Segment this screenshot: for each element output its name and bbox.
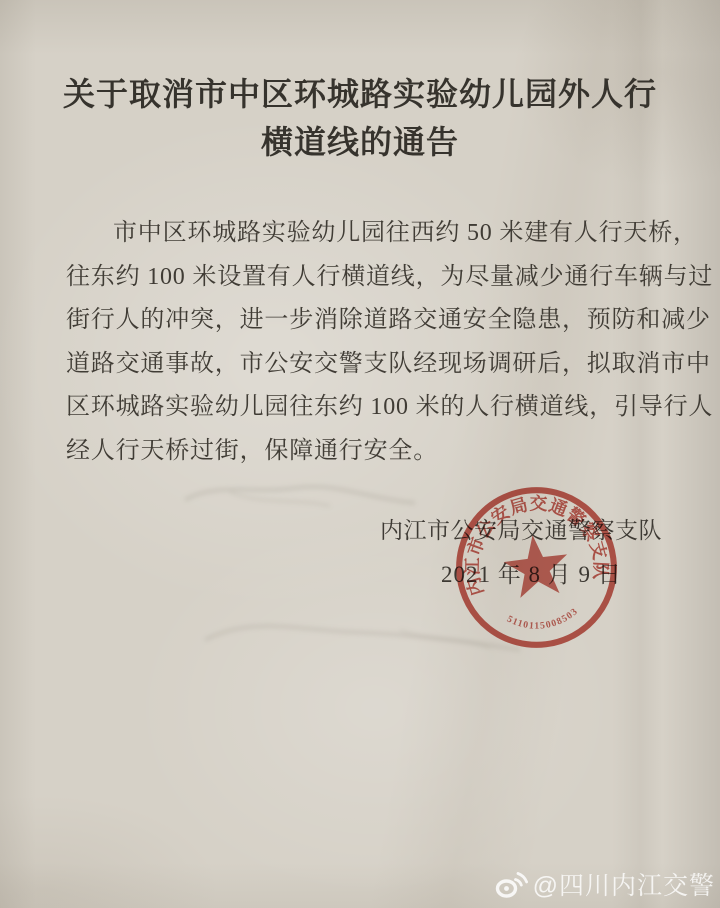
body-line: 道路交通事故，市公安交警支队经现场调研后，拟取消市中 xyxy=(66,343,672,387)
notice-document-photo: 关于取消市中区环城路实验幼儿园外人行 横道线的通告 市中区环城路实验幼儿园往西约… xyxy=(0,0,720,908)
notice-title-line-2: 横道线的通告 xyxy=(0,118,720,166)
notice-title-line-1: 关于取消市中区环城路实验幼儿园外人行 xyxy=(0,70,720,118)
notice-body: 市中区环城路实验幼儿园往西约 50 米建有人行天桥， 往东约 100 米设置有人… xyxy=(66,212,672,474)
notice-title: 关于取消市中区环城路实验幼儿园外人行 横道线的通告 xyxy=(0,70,720,166)
seal-star-icon xyxy=(501,531,572,599)
body-line: 街行人的冲突，进一步消除道路交通安全隐患，预防和减少 xyxy=(66,299,672,343)
official-seal: 内江市公安局交通警察支队 5110115008503 xyxy=(440,471,633,664)
weibo-icon xyxy=(495,870,528,898)
body-line: 经人行天桥过街，保障通行安全。 xyxy=(66,430,672,474)
ghost-stroke xyxy=(230,492,330,506)
body-line: 区环城路实验幼儿园往东约 100 米的人行横道线，引导行人 xyxy=(66,386,672,430)
weibo-handle: @四川内江交警 xyxy=(533,866,715,902)
body-line: 往东约 100 米设置有人行横道线，为尽量减少通行车辆与过 xyxy=(66,256,672,300)
seal-code: 5110115008503 xyxy=(504,605,582,636)
weibo-watermark: @四川内江交警 xyxy=(495,866,715,902)
ghost-stroke xyxy=(185,487,415,503)
body-line: 市中区环城路实验幼儿园往西约 50 米建有人行天桥， xyxy=(66,212,672,256)
